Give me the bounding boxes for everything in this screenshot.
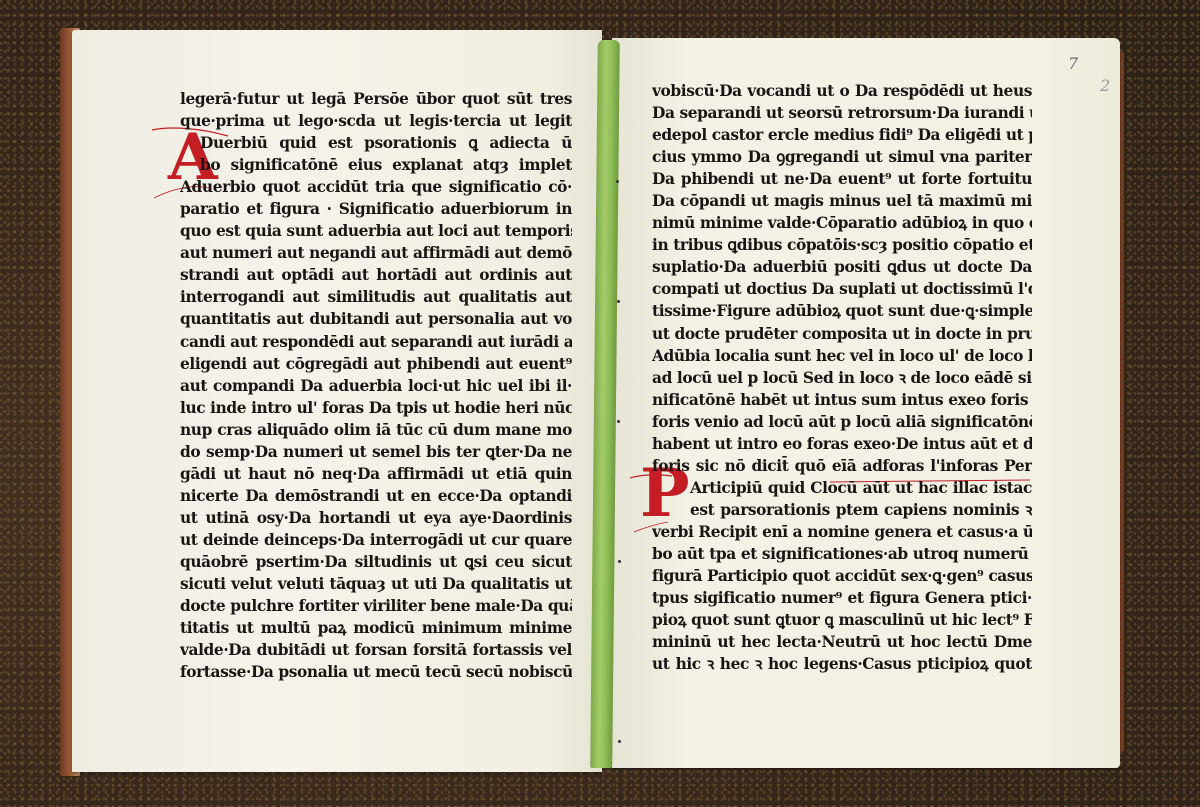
text-line: ut deinde deinceps·Da interrogādi ut cur… [180,529,572,551]
text-line: foris venio ad locū aūt p locū aliā sign… [652,411,1032,433]
text-line: quāobrē psertim·Da siltudinis ut ꝗsi ceu… [180,551,572,573]
sewing-hole [617,420,620,423]
text-line: legerā·futur ut legā Persōe ūbor quot sū… [180,88,572,110]
text-line: Articipiū quid Clocū aūt ut hac illac is… [652,477,1032,499]
text-line: mininū ut hec lecta·Neutrū ut hoc lectū … [652,631,1032,653]
sewing-hole [618,740,621,743]
text-line: bo aūt tpa et significationes·ab utroq n… [652,543,1032,565]
underleaf-number: 2 [1100,76,1110,95]
open-book: 7 2 A P legerā·futur ut legā Persōe ūbor… [0,0,1200,807]
text-line: luc inde intro ul' foras Da tpis ut hodi… [180,397,572,419]
text-line: docte pulchre fortiter viriliter bene ma… [180,595,572,617]
text-line: figurā Participio quot accidūt sex·ꝗ·gen… [652,565,1032,587]
text-line: fortasse·Da psonalia ut mecū tecū secū n… [180,661,572,683]
sewing-hole [617,300,620,303]
text-line: tissime·Figure adūbioꝝ quot sunt due·ꝗ·s… [652,300,1032,322]
text-line: Da phibendi ut ne·Da euent⁹ ut forte for… [652,168,1032,190]
text-line: bo significatōnē eius explanat atqȝ impl… [180,154,572,176]
text-line: nificatōnē habēt ut intus sum intus exeo… [652,389,1032,411]
text-line: compati ut doctius Da suplati ut doctiss… [652,278,1032,300]
text-line: Duerbiū quid est psorationis ꝗ adiecta ū [180,132,572,154]
text-line: cius ymmo Da ꝯgregandi ut simul vna pari… [652,146,1032,168]
text-line: Aduerbio quot accidūt tria que significa… [180,176,572,198]
text-line: paratio et figura · Significatio aduerbi… [180,198,572,220]
text-line: est parsorationis ptem capiens nominis ꝛ [652,499,1032,521]
text-line: nup cras aliquādo olim iā tūc cū dum man… [180,419,572,441]
text-line: verbi Recipit enī a nomine genera et cas… [652,521,1032,543]
text-line: titatis ut multū paꝝ modicū minimum mini… [180,617,572,639]
text-line: suplatio·Da aduerbiū positi ꝗdus ut doct… [652,256,1032,278]
text-line: pioꝝ quot sunt ꝗtuor ꝗ masculinū ut hic … [652,609,1032,631]
text-line: in tribus ꝗdibus cōpatōis·scȝ positio cō… [652,234,1032,256]
text-line: nicerte Da demōstrandi ut en ecce·Da opt… [180,485,572,507]
text-line: strandi aut optādi aut hortādi aut ordin… [180,264,572,286]
text-line: quo est quia sunt aduerbia aut loci aut … [180,220,572,242]
text-line: que·prima ut lego·scda ut legis·tercia u… [180,110,572,132]
text-line: foris sic nō dicit̄ quō eīā adforas l'in… [652,455,1032,477]
text-line: gādi ut haut nō neq·Da affirmādi ut etiā… [180,463,572,485]
text-line: interrogandi aut similitudis aut qualita… [180,286,572,308]
text-line: tpus sigificatio numer⁹ et figura Genera… [652,587,1032,609]
text-line: sicuti velut veluti tāquaȝ ut uti Da qua… [180,573,572,595]
text-line: ut utinā osy·Da hortandi ut eya aye·Daor… [180,507,572,529]
text-line: candi aut respondēdi aut separandi aut i… [180,331,572,353]
text-line: Adūbia localia sunt hec vel in loco ul' … [652,345,1032,367]
text-line: Da separandi ut seorsū retrorsum·Da iura… [652,102,1032,124]
text-line: ut hic ꝛ hec ꝛ hoc legens·Casus pticipio… [652,653,1032,675]
sewing-hole [618,560,621,563]
left-page-text: legerā·futur ut legā Persōe ūbor quot sū… [180,88,572,683]
sewing-hole [616,180,619,183]
text-line: edepol castor ercle medius fidi⁹ Da elig… [652,124,1032,146]
text-line: Da cōpandi ut magis minus uel tā maximū … [652,190,1032,212]
text-line: eligendi aut cōgregādi aut phibendi aut … [180,353,572,375]
text-line: vobiscū·Da vocandi ut o Da respōdēdi ut … [652,80,1032,102]
text-line: habent ut intro eo foras exeo·De intus a… [652,433,1032,455]
text-line: ut docte prudēter composita ut in docte … [652,323,1032,345]
text-line: valde·Da dubitādi ut forsan forsitā fort… [180,639,572,661]
right-page-text: vobiscū·Da vocandi ut o Da respōdēdi ut … [652,80,1032,675]
text-line: aut numeri aut negandi aut affirmādi aut… [180,242,572,264]
text-line: ad locū uel p locū Sed in loco ꝛ de loco… [652,367,1032,389]
text-line: quantitatis aut dubitandi aut personalia… [180,308,572,330]
text-line: aut compandi Da aduerbia loci·ut hic uel… [180,375,572,397]
folio-number: 7 [1068,54,1078,73]
text-line: do semp·Da numeri ut semel bis ter ꝗter·… [180,441,572,463]
text-line: nimū minime valde·Cōparatio adūbioꝝ in q… [652,212,1032,234]
